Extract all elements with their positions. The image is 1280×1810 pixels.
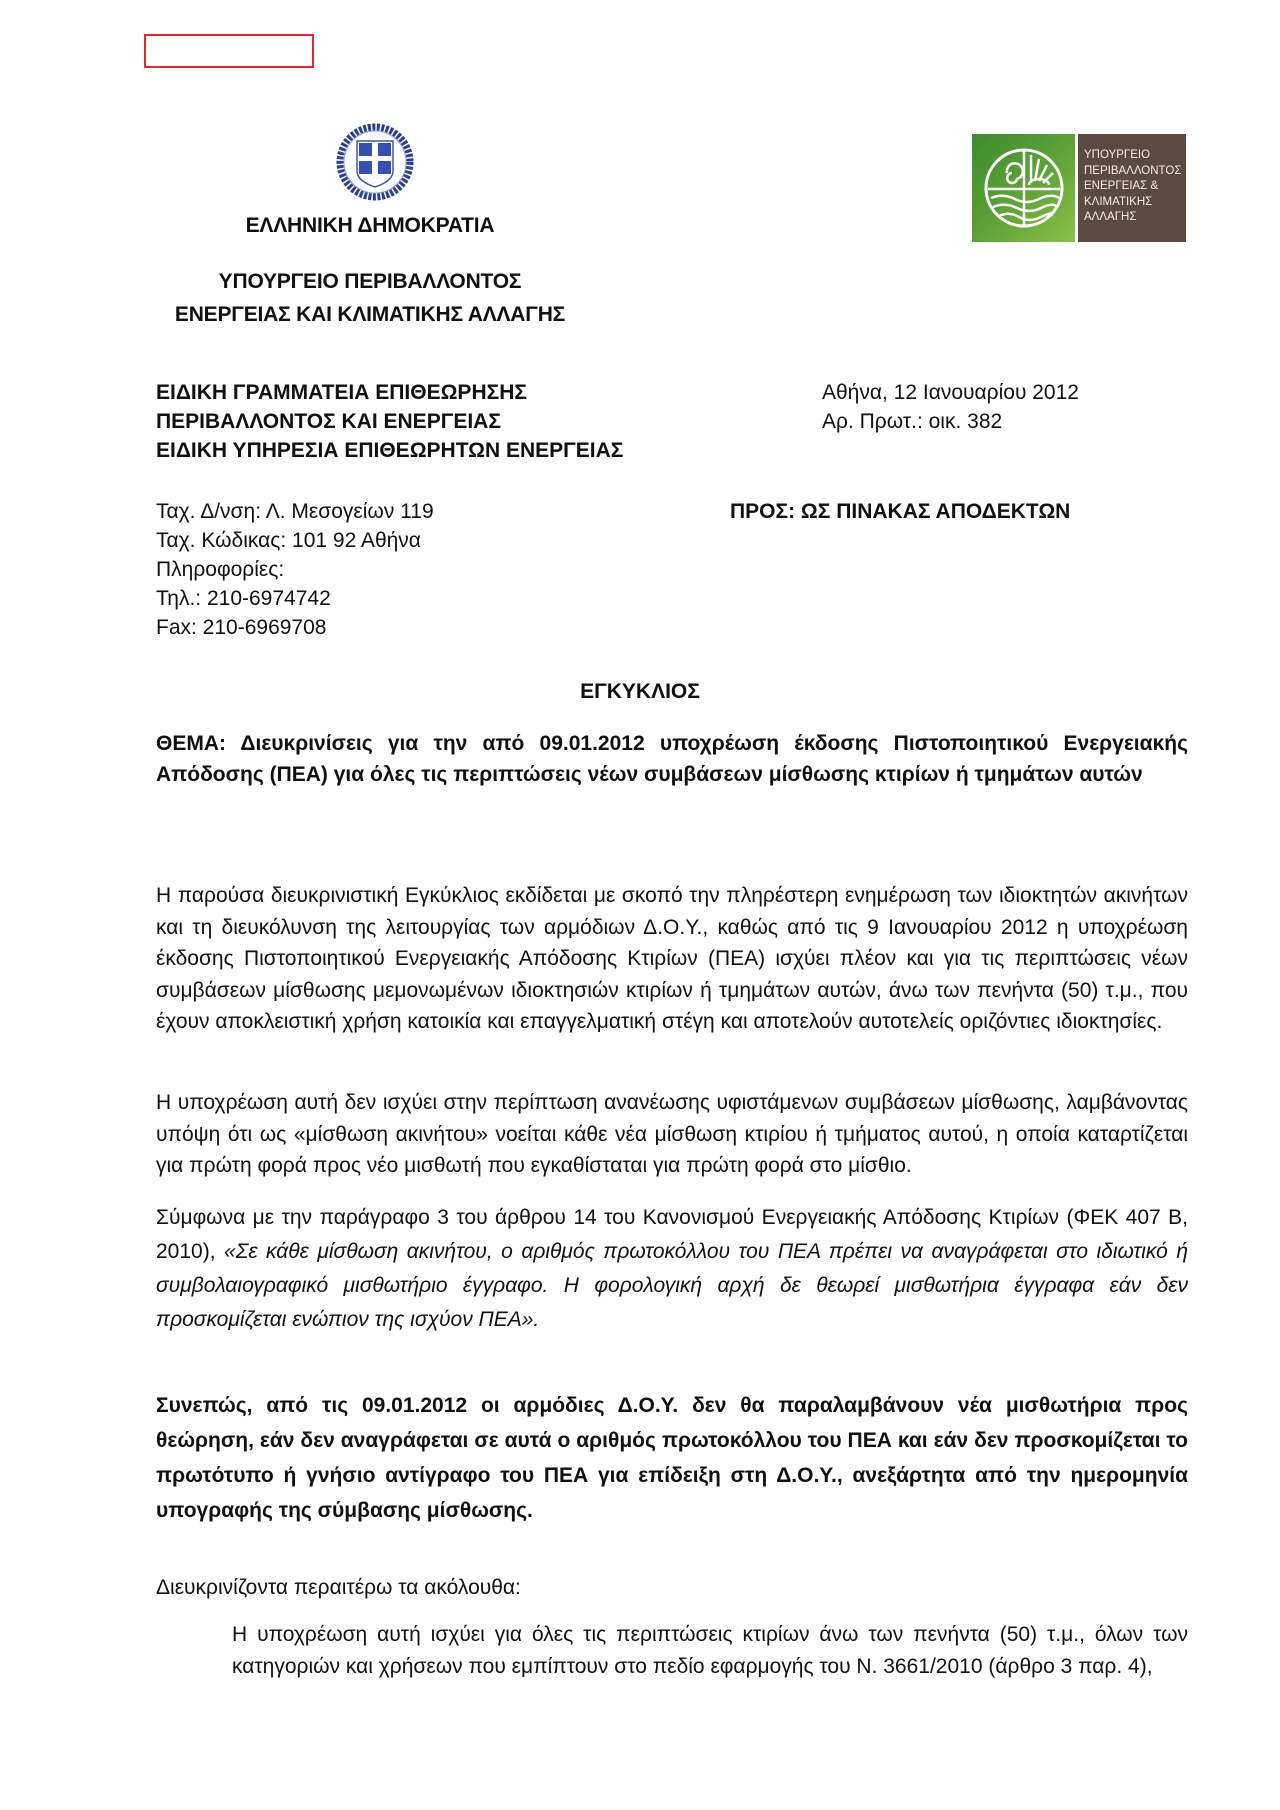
logo-text-line: ΚΛΙΜΑΤΙΚΗΣ [1084, 195, 1186, 211]
recipient: ΠΡΟΣ: ΩΣ ΠΙΝΑΚΑΣ ΑΠΟΔΕΚΤΩΝ [730, 497, 1070, 526]
subject: ΘΕΜΑ: Διευκρινίσεις για την από 09.01.20… [156, 728, 1188, 790]
logo-text-line: ΥΠΟΥΡΓΕΙΟ [1084, 148, 1186, 164]
logo-text-line: ΠΕΡΙΒΑΛΛΟΝΤΟΣ [1084, 164, 1186, 180]
paragraph-2: Η υποχρέωση αυτή δεν ισχύει στην περίπτω… [156, 1087, 1188, 1182]
ministry-environment-logo: ΥΠΟΥΡΓΕΙΟ ΠΕΡΙΒΑΛΛΟΝΤΟΣ ΕΝΕΡΓΕΙΑΣ & ΚΛΙΜ… [972, 134, 1186, 242]
paragraph-6: Η υποχρέωση αυτή ισχύει για όλες τις περ… [232, 1619, 1188, 1682]
logo-text: ΥΠΟΥΡΓΕΙΟ ΠΕΡΙΒΑΛΛΟΝΤΟΣ ΕΝΕΡΓΕΙΑΣ & ΚΛΙΜ… [1078, 134, 1186, 242]
info-label: Πληροφορίες: [156, 555, 434, 584]
logo-text-line: ΕΝΕΡΓΕΙΑΣ & [1084, 179, 1186, 195]
fax-number: Fax: 210-6969708 [156, 613, 434, 642]
document-date: Αθήνα, 12 Ιανουαρίου 2012 [822, 378, 1079, 407]
phone-number: Τηλ.: 210-6974742 [156, 584, 434, 613]
ministry-name-line2: ΕΝΕΡΓΕΙΑΣ ΚΑΙ ΚΛΙΜΑΤΙΚΗΣ ΑΛΛΑΓΗΣ [110, 303, 630, 327]
sender-line: ΕΙΔΙΚΗ ΓΡΑΜΜΑΤΕΙΑ ΕΠΙΘΕΩΡΗΣΗΣ [156, 378, 623, 407]
paragraph-4: Συνεπώς, από τις 09.01.2012 οι αρμόδιες … [156, 1388, 1188, 1528]
country-name: ΕΛΛΗΝΙΚΗ ΔΗΜΟΚΡΑΤΙΑ [170, 214, 570, 238]
postal-code: Ταχ. Κώδικας: 101 92 Αθήνα [156, 526, 434, 555]
stamp-box [144, 34, 314, 68]
ministry-name-line1: ΥΠΟΥΡΓΕΙΟ ΠΕΡΙΒΑΛΛΟΝΤΟΣ [130, 270, 610, 294]
document-type: ΕΓΚΥΚΛΙΟΣ [0, 677, 1280, 706]
sender-line: ΕΙΔΙΚΗ ΥΠΗΡΕΣΙΑ ΕΠΙΘΕΩΡΗΤΩΝ ΕΝΕΡΓΕΙΑΣ [156, 436, 623, 465]
paragraph-3-quote: «Σε κάθε μίσθωση ακινήτου, ο αριθμός πρω… [156, 1240, 1188, 1331]
postal-address: Ταχ. Δ/νση: Λ. Μεσογείων 119 [156, 497, 434, 526]
paragraph-1: Η παρούσα διευκρινιστική Εγκύκλιος εκδίδ… [156, 880, 1188, 1038]
paragraph-3: Σύμφωνα με την παράγραφο 3 του άρθρου 14… [156, 1201, 1188, 1337]
meta-block: Αθήνα, 12 Ιανουαρίου 2012 Αρ. Πρωτ.: οικ… [822, 378, 1079, 436]
logo-text-line: ΑΛΛΑΓΗΣ [1084, 210, 1186, 226]
sender-block: ΕΙΔΙΚΗ ΓΡΑΜΜΑΤΕΙΑ ΕΠΙΘΕΩΡΗΣΗΣ ΠΕΡΙΒΑΛΛΟΝ… [156, 378, 623, 465]
ministry-environment-logo-icon [972, 134, 1075, 242]
greek-coat-of-arms-icon [336, 123, 414, 201]
contact-block: Ταχ. Δ/νση: Λ. Μεσογείων 119 Ταχ. Κώδικα… [156, 497, 434, 642]
protocol-number: Αρ. Πρωτ.: οικ. 382 [822, 407, 1079, 436]
sender-line: ΠΕΡΙΒΑΛΛΟΝΤΟΣ ΚΑΙ ΕΝΕΡΓΕΙΑΣ [156, 407, 623, 436]
paragraph-5: Διευκρινίζοντα περαιτέρω τα ακόλουθα: [156, 1572, 1188, 1604]
